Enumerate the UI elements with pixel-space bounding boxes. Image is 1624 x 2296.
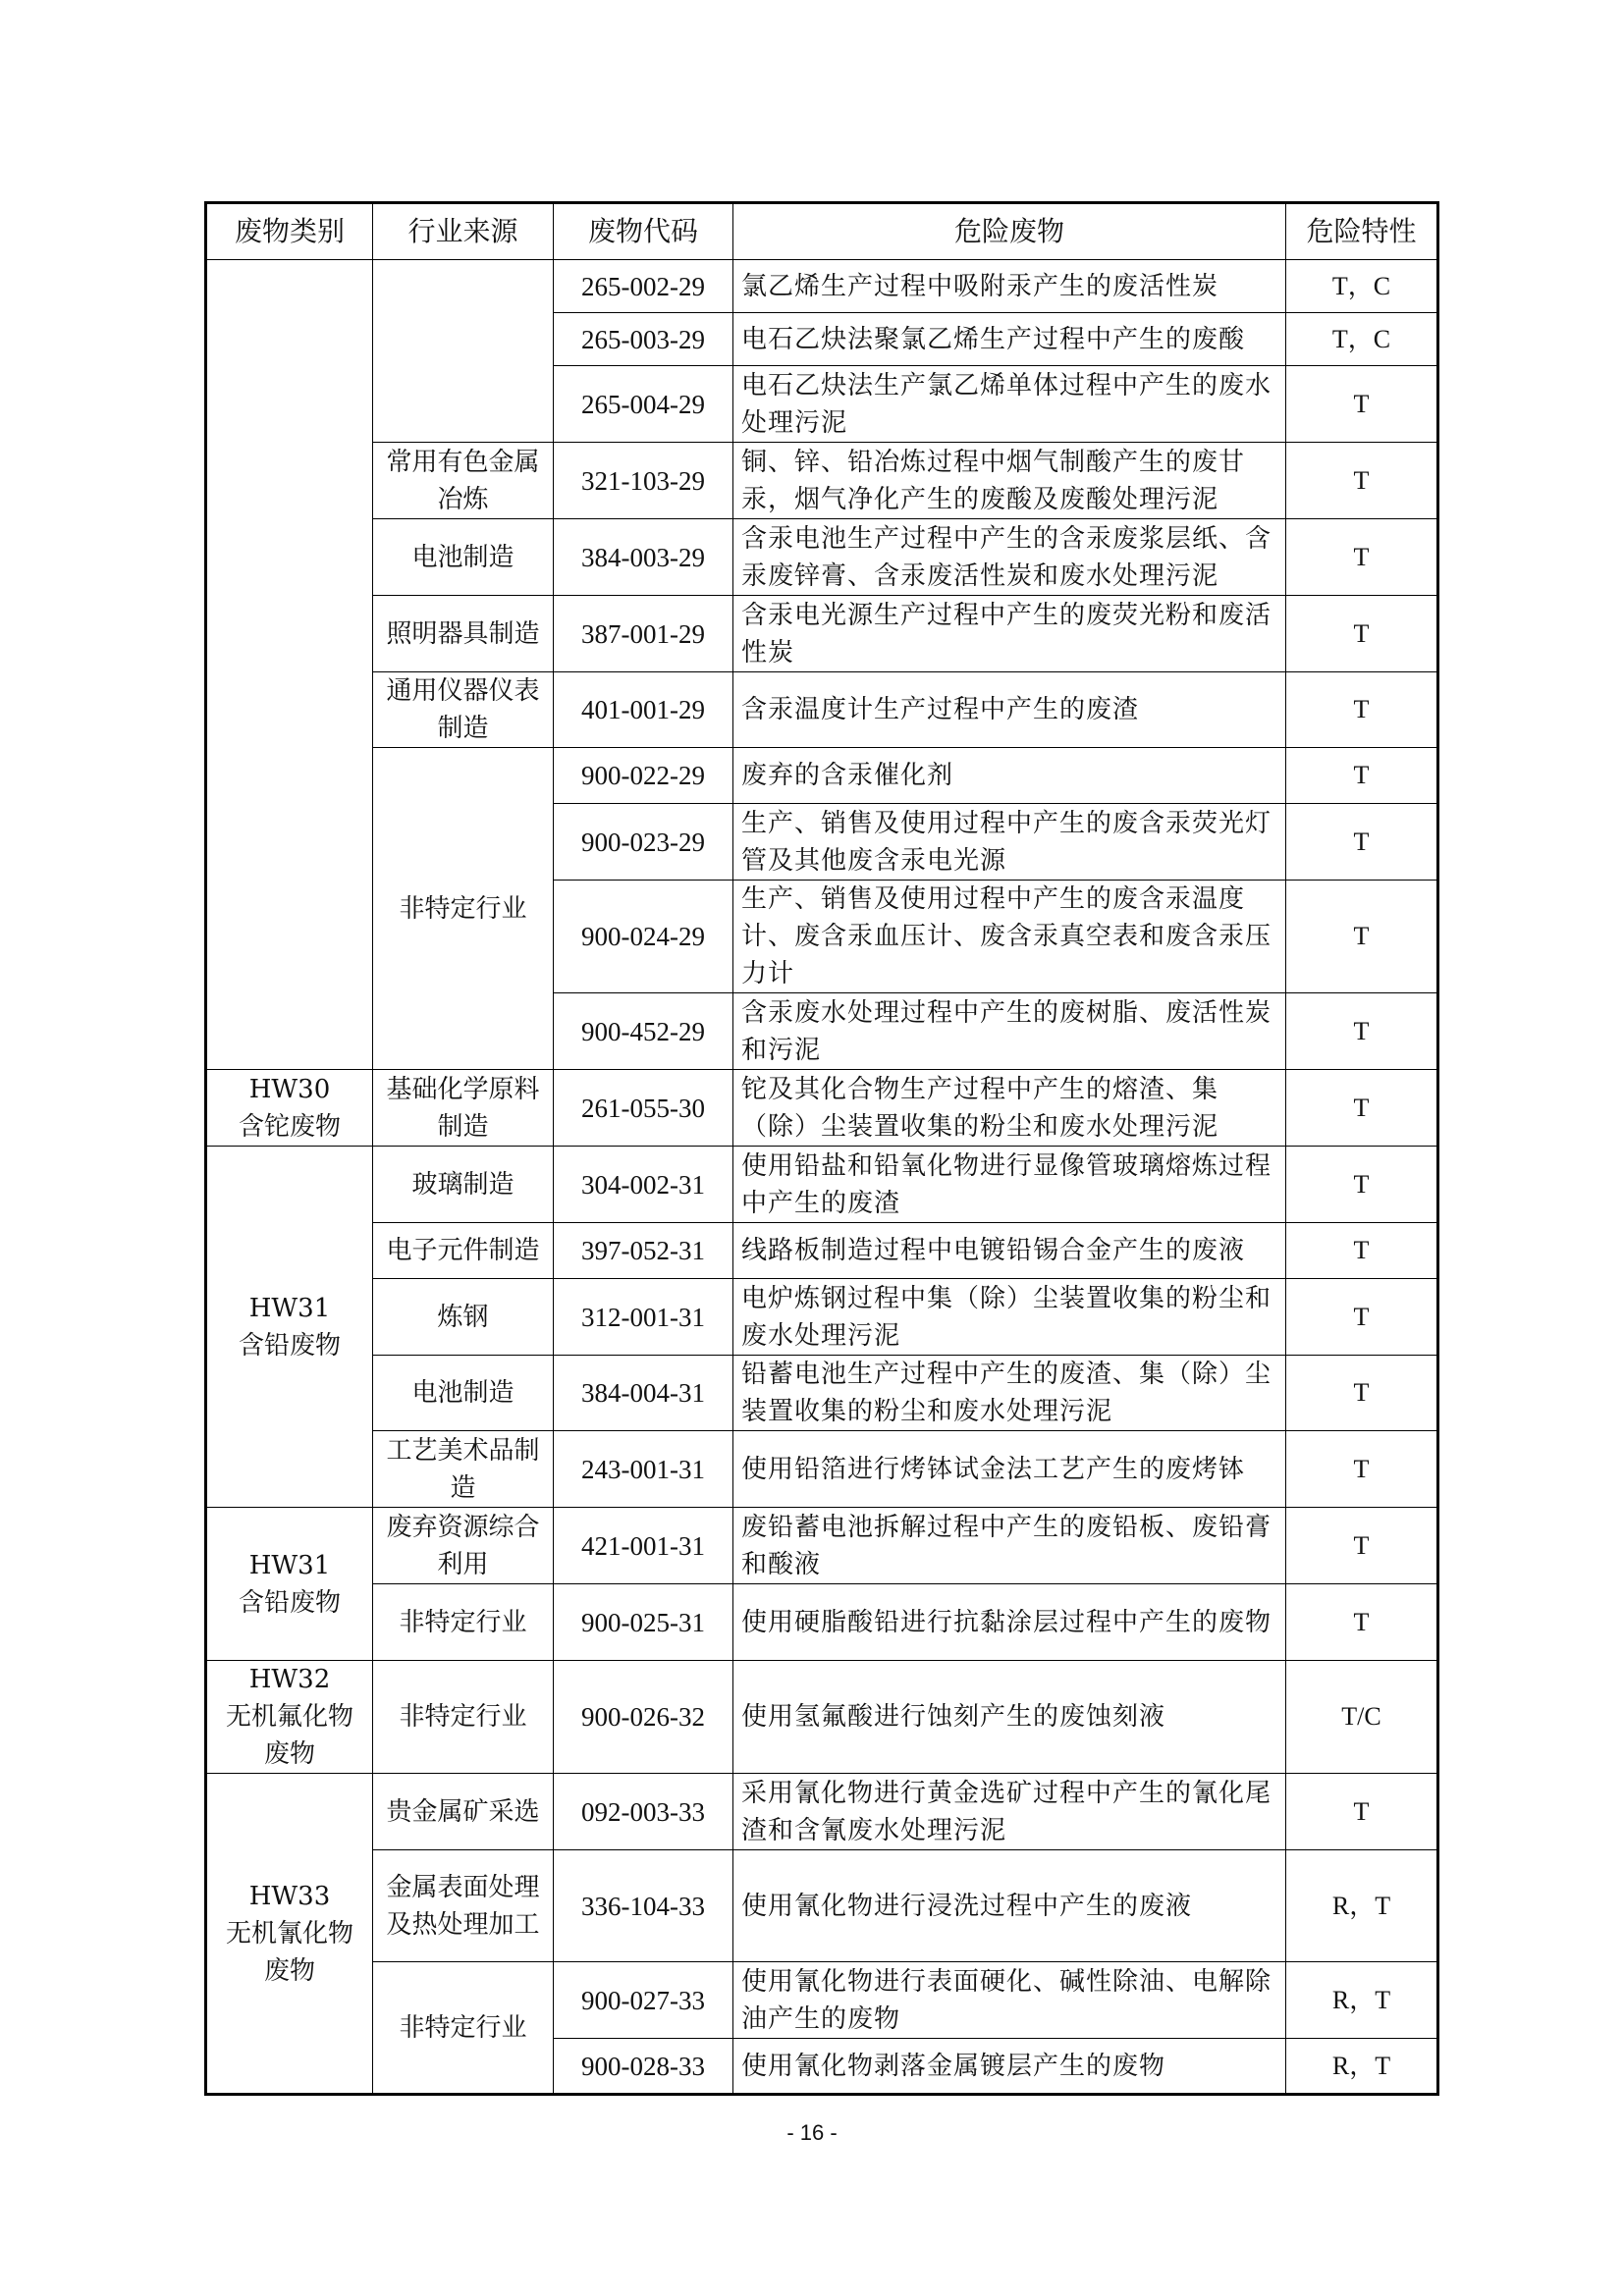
header-waste: 危险废物 <box>733 203 1286 260</box>
industry-cell: 非特定行业 <box>373 1584 554 1661</box>
industry-cell: 基础化学原料制造 <box>373 1070 554 1147</box>
table-row: 电池制造384-003-29含汞电池生产过程中产生的含汞废浆层纸、含汞废锌膏、含… <box>206 519 1438 596</box>
waste-cell: 铊及其化合物生产过程中产生的熔渣、集（除）尘装置收集的粉尘和废水处理污泥 <box>733 1070 1286 1147</box>
category-cell: HW32 无机氟化物 废物 <box>206 1661 373 1774</box>
industry-cell: 电子元件制造 <box>373 1223 554 1279</box>
industry-cell: 非特定行业 <box>373 1962 554 2095</box>
table-row: HW31 含铅废物废弃资源综合利用421-001-31废铅蓄电池拆解过程中产生的… <box>206 1508 1438 1584</box>
hazard-cell: T <box>1286 1279 1438 1356</box>
table-row: 非特定行业900-025-31使用硬脂酸铅进行抗黏涂层过程中产生的废物T <box>206 1584 1438 1661</box>
hazard-cell: T <box>1286 881 1438 993</box>
waste-cell: 生产、销售及使用过程中产生的废含汞温度计、废含汞血压计、废含汞真空表和废含汞压力… <box>733 881 1286 993</box>
waste-cell: 线路板制造过程中电镀铅锡合金产生的废液 <box>733 1223 1286 1279</box>
waste-cell: 铜、锌、铅冶炼过程中烟气制酸产生的废甘汞，烟气净化产生的废酸及废酸处理污泥 <box>733 443 1286 519</box>
waste-cell: 含汞电池生产过程中产生的含汞废浆层纸、含汞废锌膏、含汞废活性炭和废水处理污泥 <box>733 519 1286 596</box>
waste-cell: 废弃的含汞催化剂 <box>733 748 1286 804</box>
waste-cell: 使用氰化物进行浸洗过程中产生的废液 <box>733 1850 1286 1962</box>
table-row: HW32 无机氟化物 废物非特定行业900-026-32使用氢氟酸进行蚀刻产生的… <box>206 1661 1438 1774</box>
industry-cell: 电池制造 <box>373 1356 554 1431</box>
header-hazard: 危险特性 <box>1286 203 1438 260</box>
header-code: 废物代码 <box>554 203 733 260</box>
hazard-cell: T <box>1286 993 1438 1070</box>
waste-cell: 含汞废水处理过程中产生的废树脂、废活性炭和污泥 <box>733 993 1286 1070</box>
industry-cell <box>373 260 554 443</box>
table-row: 电子元件制造397-052-31线路板制造过程中电镀铅锡合金产生的废液T <box>206 1223 1438 1279</box>
waste-cell: 电石乙炔法聚氯乙烯生产过程中产生的废酸 <box>733 313 1286 366</box>
table-row: 非特定行业900-027-33使用氰化物进行表面硬化、碱性除油、电解除油产生的废… <box>206 1962 1438 2039</box>
industry-cell: 贵金属矿采选 <box>373 1774 554 1850</box>
code-cell: 900-452-29 <box>554 993 733 1070</box>
hazard-cell: T <box>1286 443 1438 519</box>
industry-cell: 工艺美术品制造 <box>373 1431 554 1508</box>
table-row: 通用仪器仪表制造401-001-29含汞温度计生产过程中产生的废渣T <box>206 672 1438 748</box>
waste-cell: 电石乙炔法生产氯乙烯单体过程中产生的废水处理污泥 <box>733 366 1286 443</box>
hazard-cell: T <box>1286 1508 1438 1584</box>
table-row: 照明器具制造387-001-29含汞电光源生产过程中产生的废荧光粉和废活性炭T <box>206 596 1438 672</box>
hazard-cell: T <box>1286 1070 1438 1147</box>
code-cell: 900-024-29 <box>554 881 733 993</box>
hazard-cell: T <box>1286 748 1438 804</box>
hazard-cell: R，T <box>1286 1850 1438 1962</box>
code-cell: 900-026-32 <box>554 1661 733 1774</box>
industry-cell: 通用仪器仪表制造 <box>373 672 554 748</box>
industry-cell: 电池制造 <box>373 519 554 596</box>
industry-cell: 玻璃制造 <box>373 1147 554 1223</box>
code-cell: 401-001-29 <box>554 672 733 748</box>
waste-cell: 采用氰化物进行黄金选矿过程中产生的氰化尾渣和含氰废水处理污泥 <box>733 1774 1286 1850</box>
code-cell: 336-104-33 <box>554 1850 733 1962</box>
industry-cell: 炼钢 <box>373 1279 554 1356</box>
industry-cell: 非特定行业 <box>373 748 554 1070</box>
table-row: HW30 含铊废物基础化学原料制造261-055-30铊及其化合物生产过程中产生… <box>206 1070 1438 1147</box>
hazard-cell: T/C <box>1286 1661 1438 1774</box>
waste-cell: 铅蓄电池生产过程中产生的废渣、集（除）尘装置收集的粉尘和废水处理污泥 <box>733 1356 1286 1431</box>
category-cell: HW31 含铅废物 <box>206 1147 373 1508</box>
hazard-cell: T <box>1286 1774 1438 1850</box>
waste-cell: 生产、销售及使用过程中产生的废含汞荧光灯管及其他废含汞电光源 <box>733 804 1286 881</box>
code-cell: 397-052-31 <box>554 1223 733 1279</box>
hazardous-waste-table: 废物类别 行业来源 废物代码 危险废物 危险特性 265-002-29氯乙烯生产… <box>204 201 1439 2096</box>
header-category: 废物类别 <box>206 203 373 260</box>
waste-cell: 含汞温度计生产过程中产生的废渣 <box>733 672 1286 748</box>
code-cell: 900-025-31 <box>554 1584 733 1661</box>
table-header-row: 废物类别 行业来源 废物代码 危险废物 危险特性 <box>206 203 1438 260</box>
hazard-cell: T <box>1286 1431 1438 1508</box>
code-cell: 387-001-29 <box>554 596 733 672</box>
hazard-cell: T <box>1286 596 1438 672</box>
code-cell: 900-028-33 <box>554 2039 733 2095</box>
industry-cell: 金属表面处理及热处理加工 <box>373 1850 554 1962</box>
code-cell: 384-004-31 <box>554 1356 733 1431</box>
hazard-cell: T <box>1286 672 1438 748</box>
waste-cell: 废铅蓄电池拆解过程中产生的废铅板、废铅膏和酸液 <box>733 1508 1286 1584</box>
industry-cell: 废弃资源综合利用 <box>373 1508 554 1584</box>
table-row: 电池制造384-004-31铅蓄电池生产过程中产生的废渣、集（除）尘装置收集的粉… <box>206 1356 1438 1431</box>
code-cell: 265-002-29 <box>554 260 733 313</box>
code-cell: 261-055-30 <box>554 1070 733 1147</box>
code-cell: 243-001-31 <box>554 1431 733 1508</box>
waste-cell: 使用硬脂酸铅进行抗黏涂层过程中产生的废物 <box>733 1584 1286 1661</box>
code-cell: 321-103-29 <box>554 443 733 519</box>
table-row: 常用有色金属冶炼321-103-29铜、锌、铅冶炼过程中烟气制酸产生的废甘汞，烟… <box>206 443 1438 519</box>
table-row: HW31 含铅废物玻璃制造304-002-31使用铅盐和铅氧化物进行显像管玻璃熔… <box>206 1147 1438 1223</box>
code-cell: 900-023-29 <box>554 804 733 881</box>
hazard-cell: T <box>1286 366 1438 443</box>
waste-cell: 电炉炼钢过程中集（除）尘装置收集的粉尘和废水处理污泥 <box>733 1279 1286 1356</box>
table-row: 265-002-29氯乙烯生产过程中吸附汞产生的废活性炭T，C <box>206 260 1438 313</box>
code-cell: 304-002-31 <box>554 1147 733 1223</box>
category-cell: HW31 含铅废物 <box>206 1508 373 1661</box>
category-cell: HW30 含铊废物 <box>206 1070 373 1147</box>
code-cell: 421-001-31 <box>554 1508 733 1584</box>
hazard-cell: T <box>1286 1584 1438 1661</box>
waste-cell: 氯乙烯生产过程中吸附汞产生的废活性炭 <box>733 260 1286 313</box>
code-cell: 900-027-33 <box>554 1962 733 2039</box>
table-row: 金属表面处理及热处理加工336-104-33使用氰化物进行浸洗过程中产生的废液R… <box>206 1850 1438 1962</box>
waste-cell: 含汞电光源生产过程中产生的废荧光粉和废活性炭 <box>733 596 1286 672</box>
waste-cell: 使用铅盐和铅氧化物进行显像管玻璃熔炼过程中产生的废渣 <box>733 1147 1286 1223</box>
header-industry: 行业来源 <box>373 203 554 260</box>
industry-cell: 照明器具制造 <box>373 596 554 672</box>
table-body: 265-002-29氯乙烯生产过程中吸附汞产生的废活性炭T，C265-003-2… <box>206 260 1438 2095</box>
page-number: - 16 - <box>0 2120 1624 2146</box>
code-cell: 265-004-29 <box>554 366 733 443</box>
hazard-cell: T，C <box>1286 313 1438 366</box>
waste-cell: 使用氢氟酸进行蚀刻产生的废蚀刻液 <box>733 1661 1286 1774</box>
table-row: 工艺美术品制造243-001-31使用铅箔进行烤钵试金法工艺产生的废烤钵T <box>206 1431 1438 1508</box>
hazard-cell: T <box>1286 1356 1438 1431</box>
industry-cell: 常用有色金属冶炼 <box>373 443 554 519</box>
code-cell: 384-003-29 <box>554 519 733 596</box>
code-cell: 900-022-29 <box>554 748 733 804</box>
industry-cell: 非特定行业 <box>373 1661 554 1774</box>
hazard-cell: T <box>1286 1147 1438 1223</box>
hazard-cell: T <box>1286 1223 1438 1279</box>
table-row: 非特定行业900-022-29废弃的含汞催化剂T <box>206 748 1438 804</box>
hazard-cell: R，T <box>1286 1962 1438 2039</box>
code-cell: 265-003-29 <box>554 313 733 366</box>
code-cell: 092-003-33 <box>554 1774 733 1850</box>
waste-cell: 使用铅箔进行烤钵试金法工艺产生的废烤钵 <box>733 1431 1286 1508</box>
table-row: 炼钢312-001-31电炉炼钢过程中集（除）尘装置收集的粉尘和废水处理污泥T <box>206 1279 1438 1356</box>
waste-cell: 使用氰化物进行表面硬化、碱性除油、电解除油产生的废物 <box>733 1962 1286 2039</box>
hazard-cell: T <box>1286 519 1438 596</box>
hazard-cell: T，C <box>1286 260 1438 313</box>
hazard-cell: R，T <box>1286 2039 1438 2095</box>
waste-cell: 使用氰化物剥落金属镀层产生的废物 <box>733 2039 1286 2095</box>
code-cell: 312-001-31 <box>554 1279 733 1356</box>
hazard-cell: T <box>1286 804 1438 881</box>
category-cell <box>206 260 373 1070</box>
table-row: HW33 无机氰化物 废物贵金属矿采选092-003-33采用氰化物进行黄金选矿… <box>206 1774 1438 1850</box>
category-cell: HW33 无机氰化物 废物 <box>206 1774 373 2095</box>
